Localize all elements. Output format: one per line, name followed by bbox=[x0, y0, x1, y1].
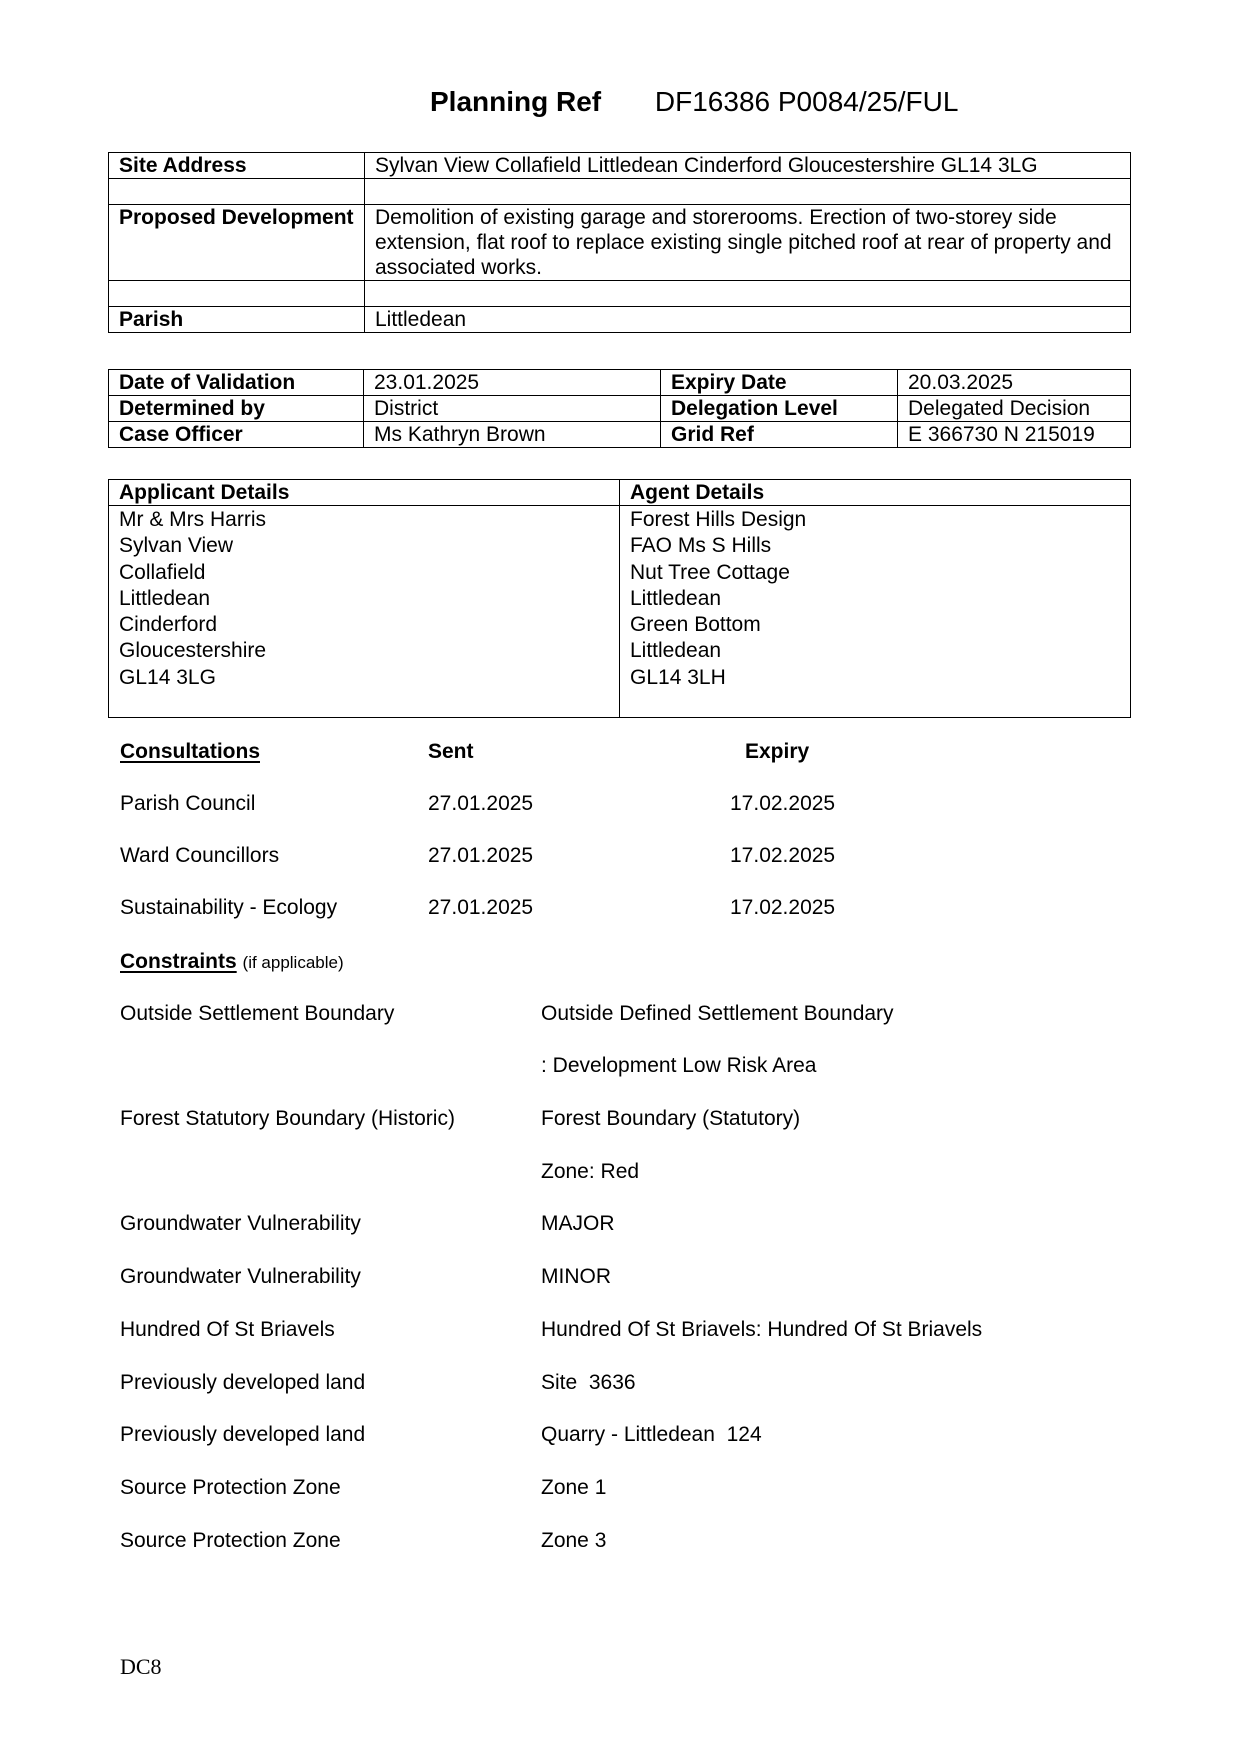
constraint-row: Previously developed land Site 3636 bbox=[120, 1371, 365, 1395]
constraint-row: Groundwater Vulnerability MINOR bbox=[120, 1265, 361, 1289]
constraint-name: Source Protection Zone bbox=[120, 1476, 341, 1499]
planning-ref-value: DF16386 P0084/25/FUL bbox=[655, 86, 959, 117]
blank-cell bbox=[365, 281, 1131, 307]
constraint-row: Source Protection Zone Zone 1 bbox=[120, 1476, 341, 1500]
case-officer-label: Case Officer bbox=[109, 422, 364, 448]
consultation-row: Parish Council 27.01.2025 17.02.2025 bbox=[120, 792, 255, 816]
constraint-name: Source Protection Zone bbox=[120, 1529, 341, 1552]
applicant-address: Mr & Mrs Harris Sylvan View Collafield L… bbox=[109, 506, 620, 718]
date-of-validation-label: Date of Validation bbox=[109, 370, 364, 396]
constraint-value: : Development Low Risk Area bbox=[541, 1054, 816, 1078]
sent-column-header: Sent bbox=[428, 740, 474, 764]
applicant-details-heading: Applicant Details bbox=[109, 480, 620, 506]
agent-line: GL14 3LH bbox=[630, 665, 1120, 691]
proposed-development-label: Proposed Development bbox=[109, 205, 365, 281]
constraints-heading: Constraints bbox=[120, 950, 237, 973]
applicant-line: Collafield bbox=[119, 560, 609, 586]
constraint-name: Outside Settlement Boundary bbox=[120, 1002, 394, 1025]
date-of-validation-value: 23.01.2025 bbox=[364, 370, 661, 396]
case-officer-value: Ms Kathryn Brown bbox=[364, 422, 661, 448]
site-address-label: Site Address bbox=[109, 153, 365, 179]
planning-ref-heading: Planning Ref DF16386 P0084/25/FUL bbox=[430, 86, 958, 118]
constraint-name: Forest Statutory Boundary (Historic) bbox=[120, 1107, 455, 1130]
consultations-header: Consultations Sent Expiry bbox=[120, 740, 260, 764]
agent-line: Nut Tree Cottage bbox=[630, 560, 1120, 586]
agent-details-heading: Agent Details bbox=[620, 480, 1131, 506]
applicant-line: Cinderford bbox=[119, 612, 609, 638]
planning-ref-label: Planning Ref bbox=[430, 86, 601, 117]
blank-cell bbox=[109, 179, 365, 205]
consultations-heading: Consultations bbox=[120, 740, 260, 763]
blank-cell bbox=[109, 281, 365, 307]
constraint-name: Groundwater Vulnerability bbox=[120, 1265, 361, 1288]
constraints-note: (if applicable) bbox=[243, 953, 344, 972]
consultation-sent: 27.01.2025 bbox=[428, 896, 533, 920]
expiry-date-label: Expiry Date bbox=[661, 370, 898, 396]
parish-label: Parish bbox=[109, 307, 365, 333]
consultation-sent: 27.01.2025 bbox=[428, 792, 533, 816]
contacts-table: Applicant Details Agent Details Mr & Mrs… bbox=[108, 479, 1131, 718]
consultation-expiry: 17.02.2025 bbox=[730, 844, 835, 868]
site-address-value: Sylvan View Collafield Littledean Cinder… bbox=[365, 153, 1131, 179]
constraint-row: Forest Statutory Boundary (Historic) For… bbox=[120, 1107, 455, 1131]
consultation-row: Ward Councillors 27.01.2025 17.02.2025 bbox=[120, 844, 279, 868]
delegation-level-label: Delegation Level bbox=[661, 396, 898, 422]
constraint-row: Source Protection Zone Zone 3 bbox=[120, 1529, 341, 1553]
agent-line: Forest Hills Design bbox=[630, 507, 1120, 533]
constraint-row: Hundred Of St Briavels Hundred Of St Bri… bbox=[120, 1318, 335, 1342]
constraint-value: Zone 1 bbox=[541, 1476, 606, 1500]
determined-by-label: Determined by bbox=[109, 396, 364, 422]
consultation-expiry: 17.02.2025 bbox=[730, 792, 835, 816]
determined-by-value: District bbox=[364, 396, 661, 422]
consultation-sent: 27.01.2025 bbox=[428, 844, 533, 868]
applicant-line: Gloucestershire bbox=[119, 638, 609, 664]
applicant-line: Mr & Mrs Harris bbox=[119, 507, 609, 533]
consultation-row: Sustainability - Ecology 27.01.2025 17.0… bbox=[120, 896, 337, 920]
constraints-header: Constraints (if applicable) bbox=[120, 950, 344, 974]
constraint-row: Groundwater Vulnerability MAJOR bbox=[120, 1212, 361, 1236]
constraint-value: Zone: Red bbox=[541, 1160, 639, 1184]
parish-value: Littledean bbox=[365, 307, 1131, 333]
proposed-development-value: Demolition of existing garage and storer… bbox=[365, 205, 1131, 281]
consultation-expiry: 17.02.2025 bbox=[730, 896, 835, 920]
consultee-name: Ward Councillors bbox=[120, 844, 279, 867]
constraint-value: Quarry - Littledean 124 bbox=[541, 1423, 762, 1447]
applicant-line: Sylvan View bbox=[119, 533, 609, 559]
applicant-line: GL14 3LG bbox=[119, 665, 609, 691]
agent-line: Littledean bbox=[630, 638, 1120, 664]
details-table: Date of Validation 23.01.2025 Expiry Dat… bbox=[108, 369, 1131, 448]
expiry-date-value: 20.03.2025 bbox=[898, 370, 1131, 396]
consultee-name: Sustainability - Ecology bbox=[120, 896, 337, 919]
constraint-value: Site 3636 bbox=[541, 1371, 636, 1395]
constraint-value: Zone 3 bbox=[541, 1529, 606, 1553]
constraint-value: Forest Boundary (Statutory) bbox=[541, 1107, 800, 1131]
agent-line: Littledean bbox=[630, 586, 1120, 612]
constraint-value: MAJOR bbox=[541, 1212, 615, 1236]
constraint-name: Previously developed land bbox=[120, 1371, 365, 1394]
applicant-line: Littledean bbox=[119, 586, 609, 612]
constraint-name: Hundred Of St Briavels bbox=[120, 1318, 335, 1341]
constraint-value: Hundred Of St Briavels: Hundred Of St Br… bbox=[541, 1318, 982, 1342]
constraint-name: Groundwater Vulnerability bbox=[120, 1212, 361, 1235]
blank-cell bbox=[365, 179, 1131, 205]
constraint-value: Outside Defined Settlement Boundary bbox=[541, 1002, 894, 1026]
consultee-name: Parish Council bbox=[120, 792, 255, 815]
constraint-row: Outside Settlement Boundary Outside Defi… bbox=[120, 1002, 394, 1026]
expiry-column-header: Expiry bbox=[745, 740, 809, 764]
grid-ref-label: Grid Ref bbox=[661, 422, 898, 448]
constraint-name: Previously developed land bbox=[120, 1423, 365, 1446]
agent-line: Green Bottom bbox=[630, 612, 1120, 638]
agent-address: Forest Hills Design FAO Ms S Hills Nut T… bbox=[620, 506, 1131, 718]
grid-ref-value: E 366730 N 215019 bbox=[898, 422, 1131, 448]
footer-code: DC8 bbox=[120, 1654, 162, 1680]
site-table: Site Address Sylvan View Collafield Litt… bbox=[108, 152, 1131, 333]
agent-line: FAO Ms S Hills bbox=[630, 533, 1120, 559]
delegation-level-value: Delegated Decision bbox=[898, 396, 1131, 422]
constraint-value: MINOR bbox=[541, 1265, 611, 1289]
constraint-row: Previously developed land Quarry - Littl… bbox=[120, 1423, 365, 1447]
